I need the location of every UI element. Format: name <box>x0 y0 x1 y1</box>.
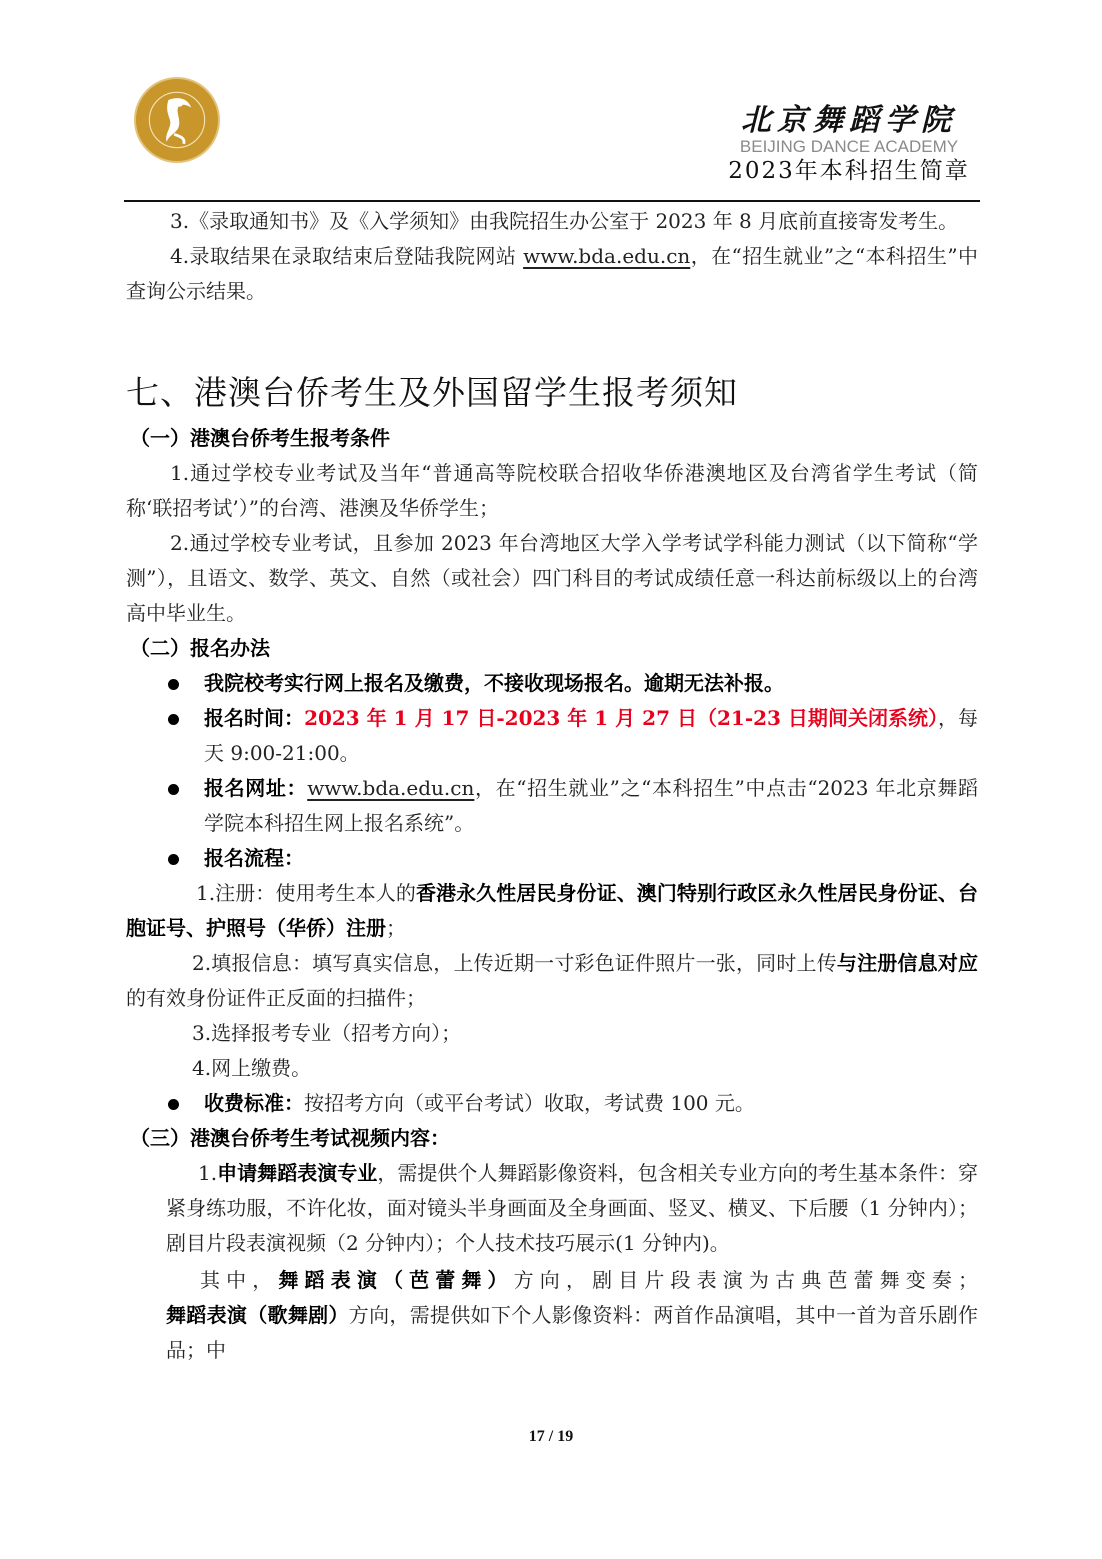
academy-emblem-icon <box>134 77 220 163</box>
brand-block: 北京舞蹈学院 BEIJING DANCE ACADEMY 2023年本科招生简章 <box>724 104 974 186</box>
subsection-heading-1: （一）港澳台侨考生报考条件 <box>126 421 978 456</box>
bullet-icon <box>168 1099 179 1110</box>
item-number: 1. <box>198 1161 217 1185</box>
registration-period: 2023 年 1 月 17 日-2023 年 1 月 27 日（21-23 日期… <box>304 706 938 730</box>
brochure-subtitle: 2023年本科招生简章 <box>724 156 974 186</box>
admission-notice-item-4: 4.录取结果在录取结束后登陆我院网站 www.bda.edu.cn，在“招生就业… <box>126 239 978 309</box>
bullet-icon <box>168 854 179 865</box>
item-text-bold: 申请舞蹈表演专业 <box>217 1161 377 1185</box>
video-requirement-item-1: 1.申请舞蹈表演专业，需提供个人舞蹈影像资料，包含相关专业方向的考生基本条件：穿… <box>126 1156 978 1261</box>
registration-bullet-time: 报名时间：2023 年 1 月 17 日-2023 年 1 月 27 日（21-… <box>126 701 978 771</box>
process-step-4: 4.网上缴费。 <box>126 1051 978 1086</box>
bullet-icon <box>168 714 179 725</box>
document-page: 北京舞蹈学院 BEIJING DANCE ACADEMY 2023年本科招生简章… <box>0 0 1102 1559</box>
page-indicator: 17 / 19 <box>0 1428 1102 1446</box>
admission-notice-item-3: 3.《录取通知书》及《入学须知》由我院招生办公室于 2023 年 8 月底前直接… <box>126 204 978 239</box>
bullet-text: 我院校考实行网上报名及缴费，不接收现场报名。逾期无法补报。 <box>204 671 784 695</box>
step-text-bold: 与注册信息对应 <box>837 951 978 975</box>
step-text: 的有效身份证件正反面的扫描件； <box>126 986 426 1010</box>
detail-text-bold: 舞蹈表演（歌舞剧） <box>166 1303 349 1327</box>
registration-bullet-url: 报名网址：www.bda.edu.cn，在“招生就业”之“本科招生”中点击“20… <box>126 771 978 841</box>
bullet-label: 报名流程： <box>204 846 304 870</box>
registration-bullet-fee: 收费标准：按招考方向（或平台考试）收取，考试费 100 元。 <box>126 1086 978 1121</box>
detail-text-bold: 舞蹈表演（芭蕾舞） <box>278 1268 513 1292</box>
video-requirement-detail: 其中，舞蹈表演（芭蕾舞）方向，剧目片段表演为古典芭蕾舞变奏；舞蹈表演（歌舞剧）方… <box>126 1263 978 1368</box>
brand-name-cn: 北京舞蹈学院 <box>724 104 974 138</box>
detail-text: 方向，剧目片段表演为古典芭蕾舞变奏； <box>514 1268 978 1292</box>
bullet-icon <box>168 679 179 690</box>
step-text: 1.注册：使用考生本人的 <box>196 881 416 905</box>
brand-name-en: BEIJING DANCE ACADEMY <box>724 138 974 156</box>
process-step-3: 3.选择报考专业（招考方向）； <box>126 1016 978 1051</box>
registration-website-link[interactable]: www.bda.edu.cn <box>307 776 474 800</box>
document-body: 3.《录取通知书》及《入学须知》由我院招生办公室于 2023 年 8 月底前直接… <box>126 204 978 1368</box>
step-text: ； <box>386 916 406 940</box>
registration-bullet-online: 我院校考实行网上报名及缴费，不接收现场报名。逾期无法补报。 <box>126 666 978 701</box>
bullet-text: 按招考方向（或平台考试）收取，考试费 100 元。 <box>304 1091 755 1115</box>
process-step-2: 2.填报信息：填写真实信息，上传近期一寸彩色证件照片一张，同时上传与注册信息对应… <box>126 946 978 1016</box>
header-divider <box>124 200 980 202</box>
step-text: 2.填报信息：填写真实信息，上传近期一寸彩色证件照片一张，同时上传 <box>192 951 837 975</box>
subsection-heading-3: （三）港澳台侨考生考试视频内容： <box>126 1121 978 1156</box>
website-link[interactable]: www.bda.edu.cn <box>523 244 690 268</box>
bullet-label: 报名网址： <box>204 776 307 800</box>
section-title: 七、港澳台侨考生及外国留学生报考须知 <box>126 371 978 415</box>
bullet-label: 报名时间： <box>204 706 304 730</box>
subsection-heading-2: （二）报名办法 <box>126 631 978 666</box>
detail-text: 其中， <box>200 1268 278 1292</box>
bullet-label: 收费标准： <box>204 1091 304 1115</box>
eligibility-item-2: 2.通过学校专业考试，且参加 2023 年台湾地区大学入学考试学科能力测试（以下… <box>126 526 978 631</box>
registration-bullet-process: 报名流程： <box>126 841 978 876</box>
process-step-1: 1.注册：使用考生本人的香港永久性居民身份证、澳门特别行政区永久性居民身份证、台… <box>126 876 978 946</box>
eligibility-item-1: 1.通过学校专业考试及当年“普通高等院校联合招收华侨港澳地区及台湾省学生考试（简… <box>126 456 978 526</box>
item4-text-pre: 4.录取结果在录取结束后登陆我院网站 <box>170 244 523 268</box>
bullet-icon <box>168 784 179 795</box>
